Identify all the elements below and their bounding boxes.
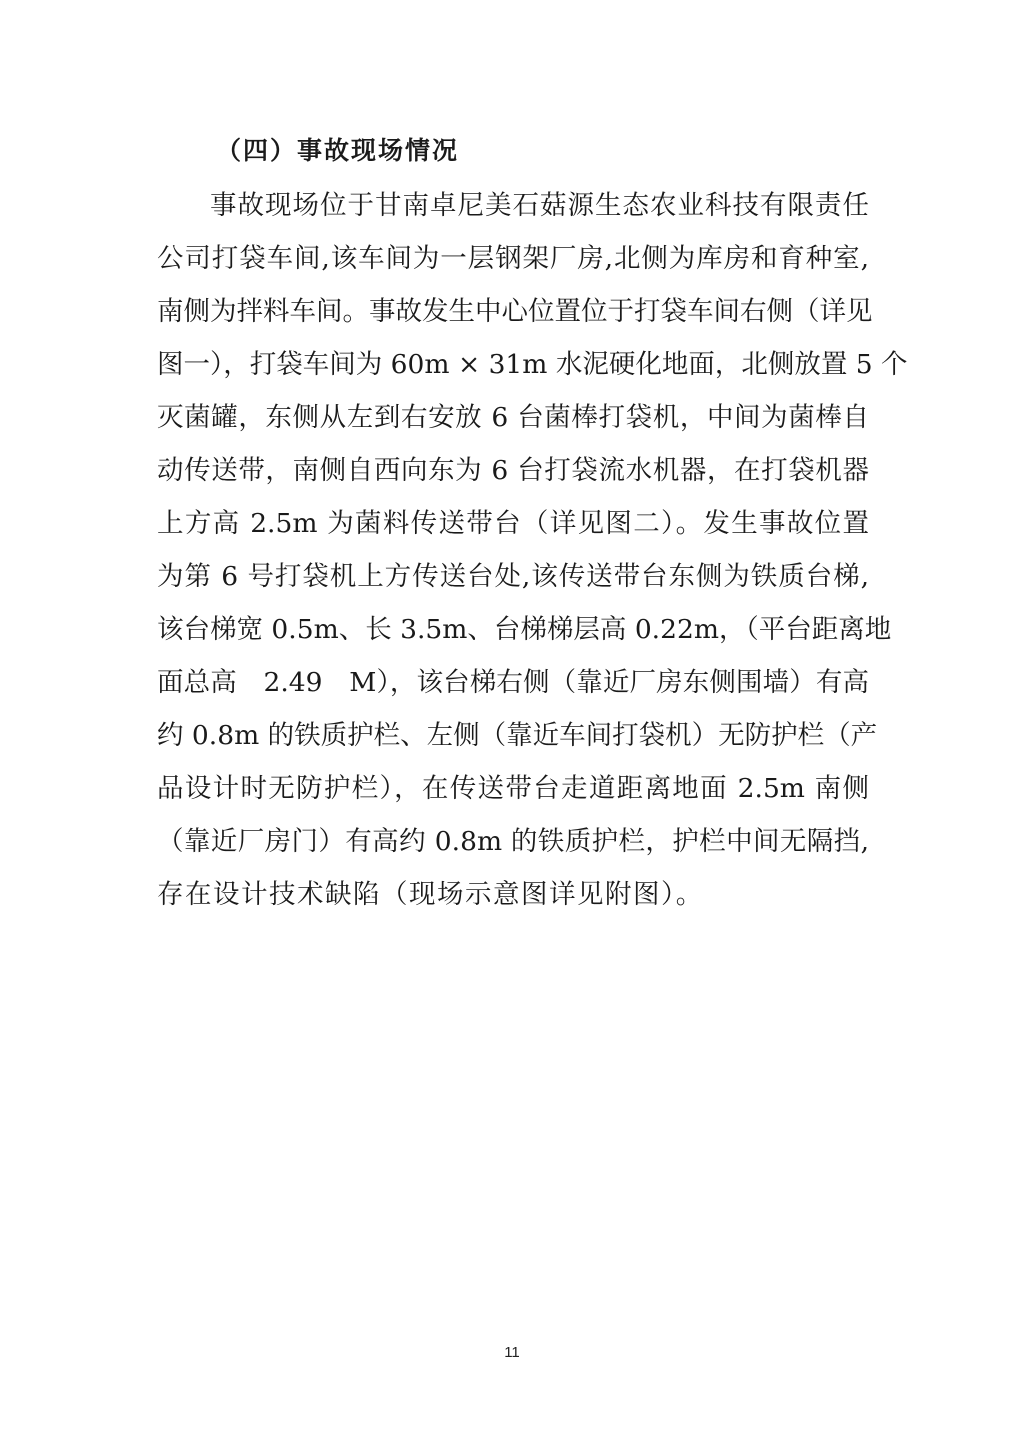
paragraph-line: 约 0.8m 的铁质护栏、左侧（靠近车间打袋机）无防护栏（产 (157, 716, 869, 769)
paragraph-line: 公司打袋车间,该车间为一层钢架厂房,北侧为库房和育种室, (157, 239, 869, 292)
document-page: （四）事故现场情况 事故现场位于甘南卓尼美石菇源生态农业科技有限责任 公司打袋车… (0, 0, 1024, 1448)
paragraph-line: 灭菌罐，东侧从左到右安放 6 台菌棒打袋机，中间为菌棒自 (157, 398, 869, 451)
paragraph-line: 动传送带，南侧自西向东为 6 台打袋流水机器，在打袋机器 (157, 451, 869, 504)
paragraph-line: （靠近厂房门）有高约 0.8m 的铁质护栏，护栏中间无隔挡, (157, 822, 869, 875)
paragraph-line: 图一），打袋车间为 60m × 31m 水泥硬化地面，北侧放置 5 个 (157, 345, 869, 398)
body-paragraph: 事故现场位于甘南卓尼美石菇源生态农业科技有限责任 公司打袋车间,该车间为一层钢架… (157, 186, 869, 928)
paragraph-line: 面总高 2.49 M），该台梯右侧（靠近厂房东侧围墙）有高 (157, 663, 869, 716)
paragraph-line: 该台梯宽 0.5m、长 3.5m、台梯梯层高 0.22m，（平台距离地 (157, 610, 869, 663)
paragraph-line: 存在设计技术缺陷（现场示意图详见附图）。 (157, 875, 869, 928)
paragraph-line: 南侧为拌料车间。事故发生中心位置位于打袋车间右侧（详见 (157, 292, 869, 345)
paragraph-line: 为第 6 号打袋机上方传送台处,该传送带台东侧为铁质台梯, (157, 557, 869, 610)
paragraph-line: 事故现场位于甘南卓尼美石菇源生态农业科技有限责任 (157, 186, 869, 239)
page-number: 11 (0, 1344, 1024, 1361)
section-heading: （四）事故现场情况 (216, 134, 459, 168)
paragraph-line: 品设计时无防护栏），在传送带台走道距离地面 2.5m 南侧 (157, 769, 869, 822)
paragraph-line: 上方高 2.5m 为菌料传送带台（详见图二）。发生事故位置 (157, 504, 869, 557)
